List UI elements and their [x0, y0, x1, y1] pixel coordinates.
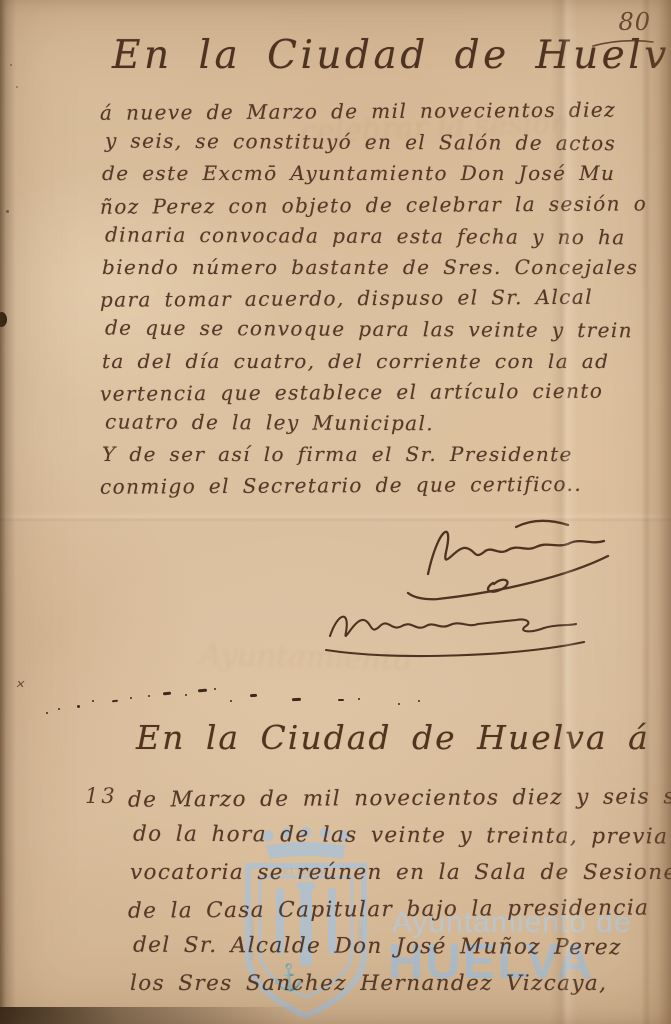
margin-session-number: 13 — [85, 784, 118, 808]
manuscript-line: del Sr. Alcalde Don José Muñoz Perez — [133, 927, 671, 967]
entry1-heading: En la Ciudad de Huelva, — [112, 33, 671, 78]
alcalde-signature-rubric — [398, 512, 654, 608]
manuscript-line: conmigo el Secretario de que certifico.. — [100, 469, 665, 504]
manuscript-line: á nueve de Marzo de mil novecientos diez — [100, 94, 665, 129]
binding-edge-shadow — [0, 0, 16, 1024]
entry1-body: á nueve de Marzo de mil novecientos diez… — [100, 96, 665, 501]
horizontal-fold-crease — [0, 512, 671, 522]
manuscript-line: do la hora de las veinte y treinta, prev… — [133, 816, 671, 856]
page-edge-shadow — [641, 0, 671, 1024]
manuscript-line: de este Excmō Ayuntamiento Don José Mu — [102, 158, 665, 189]
manuscript-line: cuatro de la ley Municipal. — [105, 406, 665, 440]
ink-mark: ✕ — [15, 678, 24, 691]
manuscript-line: para tomar acuerdo, dispuso el Sr. Alcal — [100, 281, 665, 316]
manuscript-line: vertencia que establece el artículo cien… — [100, 375, 665, 410]
entry2-body: de Marzo de mil novecientos diez y seis … — [128, 780, 671, 1002]
manuscript-line: ta del día cuatro, del corriente con la … — [102, 346, 665, 377]
manuscript-line: de la Casa Capitular bajo la presidencia — [128, 889, 671, 929]
manuscript-line: los Sres Sanchez Hernandez Vizcaya, — [130, 965, 671, 1002]
manuscript-line: ñoz Perez con objeto de celebrar la sesi… — [100, 188, 665, 223]
manuscript-line: vocatoria se reúnen en la Sala de Sesion… — [130, 854, 671, 891]
bottom-left-dark-edge — [0, 1007, 300, 1024]
manuscript-line: dinaria convocada para esta fecha y no h… — [105, 219, 665, 253]
manuscript-page: ET TERRAE PORTUS MARIS CUSTODIA ⚓ Ayunta… — [0, 0, 671, 1024]
manuscript-line: biendo número bastante de Sres. Concejal… — [102, 252, 665, 283]
manuscript-line: de Marzo de mil novecientos diez y seis … — [128, 778, 671, 818]
manuscript-line: Y de ser así lo firma el Sr. Presidente — [102, 439, 665, 470]
manuscript-line: de que se convoque para las veinte y tre… — [105, 313, 665, 347]
manuscript-line: y seis, se constituyó en el Salón de act… — [105, 126, 665, 160]
entry2-heading: En la Ciudad de Huelva á once — [136, 718, 671, 757]
